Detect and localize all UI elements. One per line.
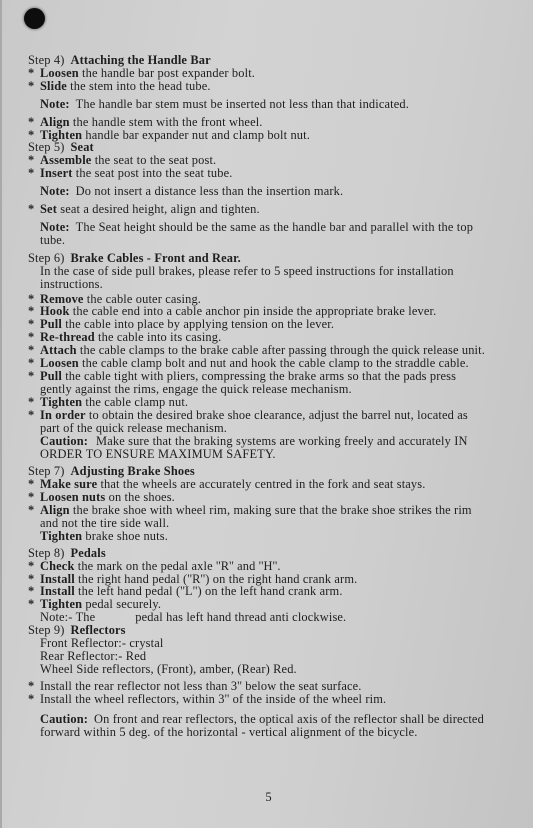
bullet-item: *Set seat a desired height, align and ti… (28, 203, 488, 216)
bullet-item: *Pull the cable tight with pliers, compr… (28, 370, 488, 396)
note: Note:Do not insert a distance less than … (28, 185, 488, 198)
document-page: Step 4)Attaching the Handle Bar *Loosen … (0, 0, 533, 828)
reflector-line: Rear Reflector:- Red (28, 650, 488, 663)
page-number: 5 (2, 790, 533, 805)
step-6-heading: Step 6)Brake Cables - Front and Rear. (28, 252, 488, 265)
reflector-line: Wheel Side reflectors, (Front), amber, (… (28, 663, 488, 676)
note: Note:The handle bar stem must be inserte… (28, 98, 488, 111)
bullet-item: *Tighten handle bar expander nut and cla… (28, 129, 488, 142)
bullet-item: *Insert the seat post into the seat tube… (28, 167, 488, 180)
punch-hole (24, 8, 45, 29)
bullet-item: *Align the brake shoe with wheel rim, ma… (28, 504, 488, 530)
bullet-item: *Install the wheel reflectors, within 3'… (28, 693, 488, 706)
step-6-intro: In the case of side pull brakes, please … (28, 265, 488, 291)
bullet-item: *In order to obtain the desired brake sh… (28, 409, 488, 435)
instructions-body: Step 4)Attaching the Handle Bar *Loosen … (28, 54, 488, 743)
step-7-tail: Tighten brake shoe nuts. (28, 530, 488, 543)
bullet-item: *Slide the stem into the head tube. (28, 80, 488, 93)
caution: Caution:On front and rear reflectors, th… (28, 713, 488, 739)
caution: Caution:Make sure that the braking syste… (28, 435, 488, 461)
note: Note:The Seat height should be the same … (28, 221, 488, 247)
